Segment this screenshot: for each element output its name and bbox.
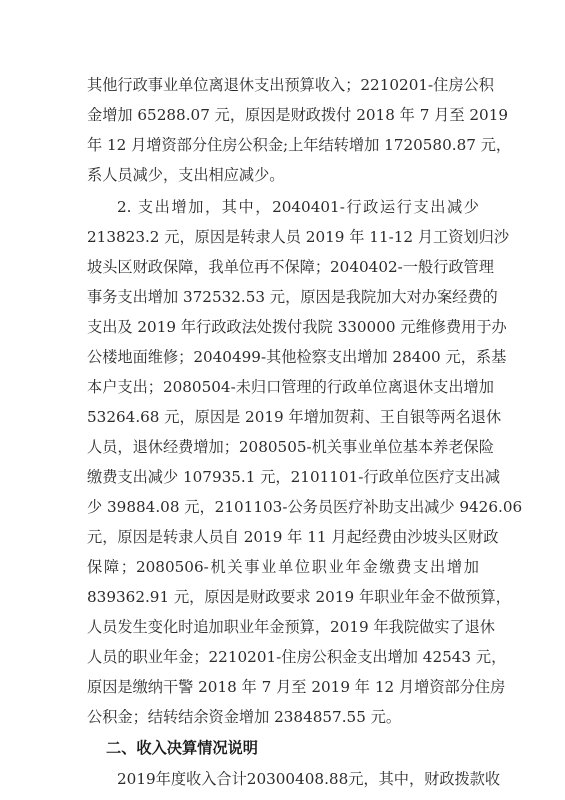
text-line: 2019年度收入合计20300408.88元，其中，财政拨款收 (117, 768, 479, 790)
text-line: 213823.2 元，原因是转隶人员 2019 年 11-12 月工资划归沙 (87, 226, 479, 248)
text-line: 本户支出；2080504-未归口管理的行政单位离退休支出增加 (87, 376, 479, 398)
text-line: 公积金；结转结余资金增加 2384857.55 元。 (87, 706, 479, 728)
document-page: 其他行政事业单位离退休支出预算收入；2210201-住房公积 金增加 65288… (0, 0, 565, 800)
text-line: 金增加 65288.07 元，原因是财政拨付 2018 年 7 月至 2019 (87, 104, 479, 126)
text-line: 坡头区财政保障，我单位再不保障；2040402-一般行政管理 (87, 256, 479, 278)
text-line: 53264.68 元，原因是 2019 年增加贺莉、王自银等两名退休 (87, 406, 479, 428)
text-line: 缴费支出减少 107935.1 元，2101101-行政单位医疗支出减 (87, 466, 479, 488)
text-line: 支出及 2019 年行政政法处拨付我院 330000 元维修费用于办 (87, 316, 479, 338)
text-line: 元，原因是转隶人员自 2019 年 11 月起经费由沙坡头区财政 (87, 526, 479, 548)
text-line: 人员的职业年金；2210201-住房公积金支出增加 42543 元， (87, 646, 479, 668)
text-line: 系人员减少，支出相应减少。 (87, 164, 479, 186)
text-line: 事务支出增加 372532.53 元，原因是我院加大对办案经费的 (87, 286, 479, 308)
text-line: 原因是缴纳干警 2018 年 7 月至 2019 年 12 月增资部分住房 (87, 676, 479, 698)
text-line: 人员，退休经费增加；2080505-机关事业单位基本养老保险 (87, 436, 479, 458)
text-line: 其他行政事业单位离退休支出预算收入；2210201-住房公积 (87, 74, 479, 96)
text-line: 保障；2080506-机关事业单位职业年金缴费支出增加 (87, 556, 479, 578)
section-heading: 二、收入决算情况说明 (106, 737, 258, 759)
text-line: 2. 支出增加，其中，2040401-行政运行支出减少 (117, 196, 479, 218)
text-line: 839362.91 元，原因是财政要求 2019 年职业年金不做预算， (87, 586, 479, 608)
text-line: 公楼地面维修；2040499-其他检察支出增加 28400 元，系基 (87, 346, 479, 368)
text-line: 年 12 月增资部分住房公积金;上年结转增加 1720580.87 元， (87, 134, 479, 156)
text-line: 少 39884.08 元，2101103-公务员医疗补助支出减少 9426.06 (87, 496, 479, 518)
text-line: 人员发生变化时追加职业年金预算，2019 年我院做实了退休 (87, 616, 479, 638)
